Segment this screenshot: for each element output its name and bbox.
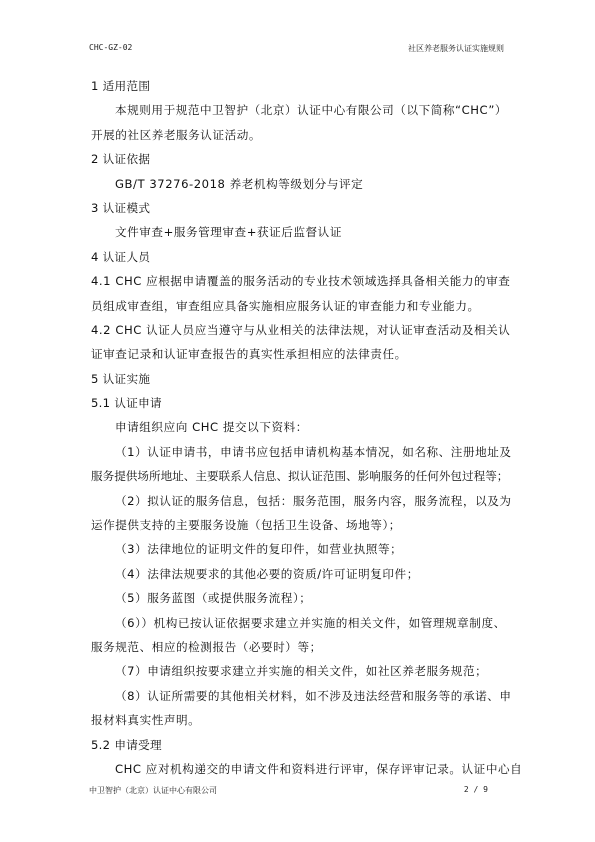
- list-item-line: 运作提供支持的主要服务设施（包括卫生设备、场地等）；: [91, 513, 507, 537]
- paragraph-line: 开展的社区养老服务认证活动。: [91, 123, 507, 147]
- document-body: 1 适用范围 本规则用于规范中卫智护（北京）认证中心有限公司（以下简称“CHC”…: [91, 74, 507, 781]
- section-heading: 2 认证依据: [91, 147, 507, 171]
- list-item-line: （6））机构已按认证依据要求建立并实施的相关文件，如管理规章制度、: [91, 611, 507, 635]
- section-heading: 5 认证实施: [91, 367, 507, 391]
- section-heading: 3 认证模式: [91, 196, 507, 220]
- paragraph-line: GB/T 37276-2018 养老机构等级划分与评定: [91, 172, 507, 196]
- list-item-line: （4）法律法规要求的其他必要的资质/许可证明复印件；: [91, 562, 507, 586]
- paragraph-line: 4.1 CHC 应根据申请覆盖的服务活动的专业技术领域选择具备相关能力的审查: [91, 269, 507, 293]
- paragraph-line: 员组成审查组，审查组应具备实施相应服务认证的审查能力和专业能力。: [91, 294, 507, 318]
- section-heading: 4 认证人员: [91, 245, 507, 269]
- footer-company: 中卫智护（北京）认证中心有限公司: [89, 785, 217, 796]
- header-doc-code: CHC-GZ-02: [89, 43, 132, 52]
- paragraph-line: 申请组织应向 CHC 提交以下资料：: [91, 415, 507, 439]
- paragraph-line: CHC 应对机构递交的申请文件和资料进行评审，保存评审记录。认证中心自: [91, 757, 507, 781]
- header-doc-title: 社区养老服务认证实施规则: [408, 43, 504, 54]
- list-item-line: 报材料真实性声明。: [91, 708, 507, 732]
- page-number: 2 / 9: [464, 785, 488, 794]
- list-item-line: （5）服务蓝图（或提供服务流程）；: [91, 586, 507, 610]
- paragraph-line: 本规则用于规范中卫智护（北京）认证中心有限公司（以下简称“CHC”）: [91, 98, 507, 122]
- paragraph-line: 文件审查+服务管理审查+获证后监督认证: [91, 220, 507, 244]
- list-item-line: （3）法律地位的证明文件的复印件，如营业执照等；: [91, 537, 507, 561]
- subsection-heading: 5.1 认证申请: [91, 391, 507, 415]
- paragraph-line: 证审查记录和认证审查报告的真实性承担相应的法律责任。: [91, 342, 507, 366]
- list-item-line: （2）拟认证的服务信息，包括：服务范围，服务内容，服务流程，以及为: [91, 489, 507, 513]
- list-item-line: 服务规范、相应的检测报告（必要时）等；: [91, 635, 507, 659]
- list-item-line: （7）申请组织按要求建立并实施的相关文件，如社区养老服务规范；: [91, 659, 507, 683]
- subsection-heading: 5.2 申请受理: [91, 733, 507, 757]
- list-item-line: （1）认证申请书，申请书应包括申请机构基本情况，如名称、注册地址及: [91, 440, 507, 464]
- list-item-line: （8）认证所需要的其他相关材料，如不涉及违法经营和服务等的承诺、申: [91, 684, 507, 708]
- list-item-line: 服务提供场所地址、主要联系人信息、拟认证范围、影响服务的任何外包过程等；: [91, 464, 507, 488]
- section-heading: 1 适用范围: [91, 74, 507, 98]
- paragraph-line: 4.2 CHC 认证人员应当遵守与从业相关的法律法规，对认证审查活动及相关认: [91, 318, 507, 342]
